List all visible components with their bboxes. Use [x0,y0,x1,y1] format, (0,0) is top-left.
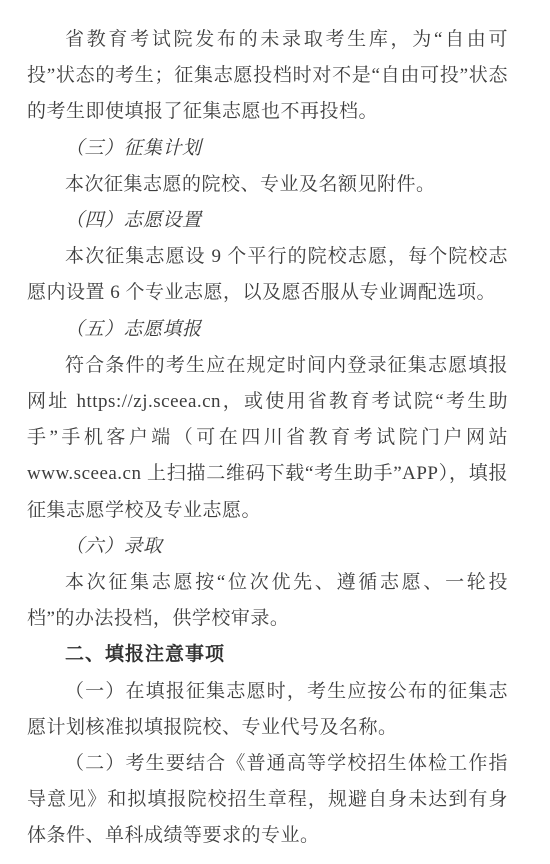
subheading-volunteer-filing: （五）志愿填报 [27,312,508,348]
paragraph-volunteer-structure: 本次征集志愿设 9 个平行的院校志愿，每个院校志愿内设置 6 个专业志愿，以及愿… [27,239,508,311]
paragraph-admission-method: 本次征集志愿按“位次优先、遵循志愿、一轮投档”的办法投档，供学校审录。 [27,565,508,637]
paragraph-note-one: （一）在填报征集志愿时，考生应按公布的征集志愿计划核准拟填报院校、专业代号及名称… [27,674,508,746]
subheading-volunteer-setup: （四）志愿设置 [27,203,508,239]
paragraph-filing-website: 符合条件的考生应在规定时间内登录征集志愿填报网址 https://zj.scee… [27,348,508,529]
heading-filing-notes: 二、填报注意事项 [27,637,508,673]
paragraph-note-two: （二）考生要结合《普通高等学校招生体检工作指导意见》和拟填报院校招生章程，规避自… [27,746,508,855]
subheading-collection-plan: （三）征集计划 [27,131,508,167]
paragraph-unrecorded-candidates: 省教育考试院发布的未录取考生库，为“自由可投”状态的考生；征集志愿投档时对不是“… [27,22,508,131]
subheading-admission: （六）录取 [27,529,508,565]
paragraph-plan-attachment: 本次征集志愿的院校、专业及名额见附件。 [27,167,508,203]
document-page: 省教育考试院发布的未录取考生库，为“自由可投”状态的考生；征集志愿投档时对不是“… [0,0,550,864]
